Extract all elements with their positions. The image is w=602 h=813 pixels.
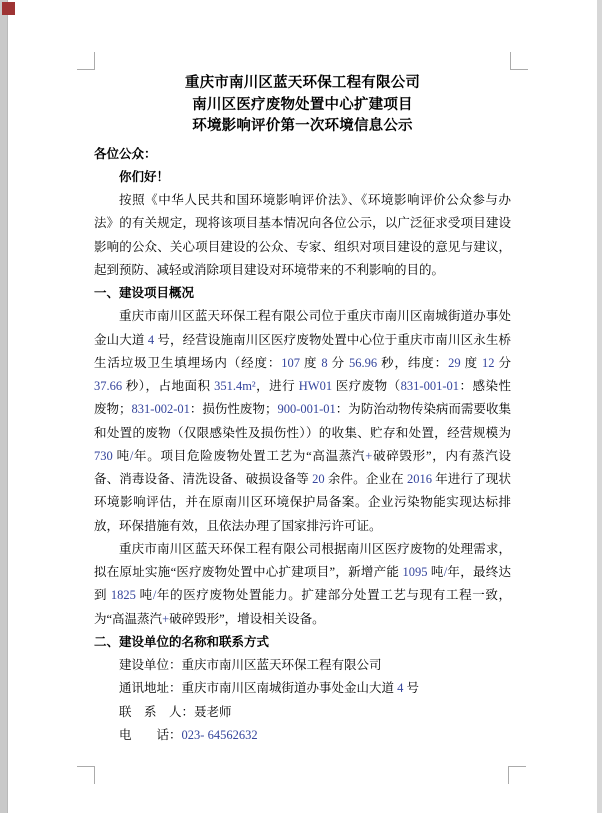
salutation: 各位公众： (94, 143, 511, 166)
doc-title-line-2: 南川区医疗废物处置中心扩建项目 (94, 95, 511, 117)
latin-text-run: 2016 (407, 472, 432, 486)
section-2-heading: 二、建设单位的名称和联系方式 (94, 631, 511, 654)
contact-block: 建设单位：重庆市南川区蓝天环保工程有限公司 通讯地址：重庆市南川区南城街道办事处… (94, 654, 511, 747)
latin-text-run: 4 (397, 681, 403, 695)
latin-text-run: 831-002-01 (132, 402, 190, 416)
contact-label: 联 系 人： (119, 705, 194, 719)
latin-text-run: 20 (312, 472, 325, 486)
doc-title-line-1: 重庆市南川区蓝天环保工程有限公司 (94, 73, 511, 95)
latin-text-run: / (153, 588, 156, 602)
latin-text-run: 351.4m² (214, 379, 256, 393)
latin-text-run: / (130, 449, 133, 463)
latin-text-run: 1825 (111, 588, 136, 602)
latin-text-run: 56.96 (349, 356, 377, 370)
text-boundary-mark-top-left (77, 52, 95, 70)
project-overview-paragraph-2: 重庆市南川区蓝天环保工程有限公司根据南川区医疗废物的处理需求，拟在原址实施“医疗… (94, 538, 511, 631)
contact-value: 重庆市南川区南城街道办事处金山大道 4 号 (182, 681, 420, 695)
latin-text-run: + (365, 449, 372, 463)
latin-text-run: / (444, 565, 447, 579)
text-boundary-mark-bottom-right (508, 766, 526, 784)
latin-text-run: 107 (281, 356, 300, 370)
latin-text-run: HW01 (299, 379, 332, 393)
window-edge-right (597, 0, 602, 813)
contact-row-address: 通讯地址：重庆市南川区南城街道办事处金山大道 4 号 (94, 677, 511, 700)
contact-value: 023- 64562632 (182, 728, 258, 742)
latin-text-run: 831-001-01 (401, 379, 459, 393)
latin-text-run: 023- (182, 728, 205, 742)
latin-text-run: + (162, 612, 169, 626)
window-edge-left (0, 0, 8, 813)
latin-text-run: 730 (94, 449, 113, 463)
latin-text-run: 64562632 (208, 728, 258, 742)
latin-text-run: 29 (448, 356, 461, 370)
greeting-line: 你们好！ (94, 166, 511, 189)
contact-row-phone: 电 话：023- 64562632 (94, 724, 511, 747)
contact-row-person: 联 系 人：聂老师 (94, 701, 511, 724)
contact-label: 通讯地址： (119, 681, 182, 695)
contact-label: 建设单位： (119, 658, 182, 672)
intro-paragraph: 按照《中华人民共和国环境影响评价法》、《环境影响评价公众参与办法》的有关规定，现… (94, 189, 511, 282)
section-1-heading: 一、建设项目概况 (94, 282, 511, 305)
text-boundary-mark-bottom-left (77, 766, 95, 784)
text-boundary-mark-top-right (510, 52, 528, 70)
contact-value: 重庆市南川区蓝天环保工程有限公司 (182, 658, 382, 672)
document-page: 重庆市南川区蓝天环保工程有限公司 南川区医疗废物处置中心扩建项目 环境影响评价第… (94, 69, 511, 747)
latin-text-run: 37.66 (94, 379, 122, 393)
latin-text-run: 8 (321, 356, 327, 370)
latin-text-run: 900-001-01 (277, 402, 335, 416)
latin-text-run: 4 (148, 333, 154, 347)
contact-row-unit: 建设单位：重庆市南川区蓝天环保工程有限公司 (94, 654, 511, 677)
project-overview-paragraph-1: 重庆市南川区蓝天环保工程有限公司位于重庆市南川区南城街道办事处金山大道 4 号，… (94, 305, 511, 538)
doc-title-line-3: 环境影响评价第一次环境信息公示 (94, 116, 511, 138)
latin-text-run: 1095 (403, 565, 428, 579)
document-title: 重庆市南川区蓝天环保工程有限公司 南川区医疗废物处置中心扩建项目 环境影响评价第… (94, 73, 511, 138)
document-viewport: { "colors": { "page-bg": "#ffffff", "out… (0, 0, 602, 813)
contact-label: 电 话： (119, 728, 182, 742)
contact-value: 聂老师 (194, 705, 232, 719)
latin-text-run: 12 (482, 356, 495, 370)
red-corner-marker (2, 2, 15, 15)
